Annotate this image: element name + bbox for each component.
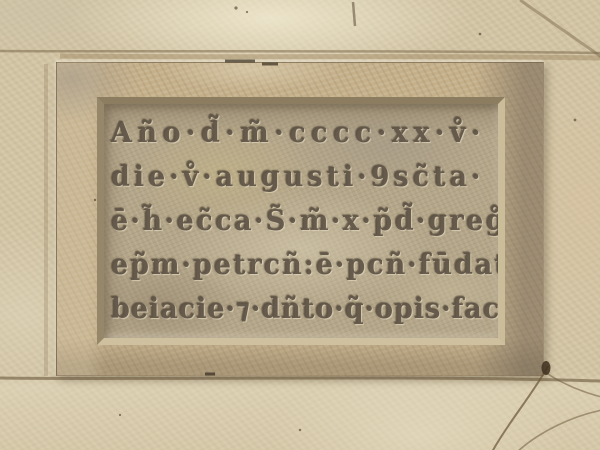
stone-wall-photo: Año·d̃·m̃·cccc·xx·v̊· die·v̊·augusti·9sc…	[0, 0, 600, 450]
inscription-panel: Año·d̃·m̃·cccc·xx·v̊· die·v̊·augusti·9sc…	[104, 104, 498, 338]
inscription-line-4: ep̃m·petrcñ:ē·pcñ·fūdator	[111, 243, 498, 289]
inscription-line-5: beiacie·⁊·dñto·q̃·opis·facto	[111, 287, 498, 333]
crack-line-1	[492, 366, 548, 450]
inscription-line-2: die·v̊·augusti·9sc̃ta·	[111, 155, 498, 201]
crack-line-3	[517, 410, 600, 450]
inscription-line-1: Año·d̃·m̃·cccc·xx·v̊·	[111, 111, 498, 157]
crack-line-2	[545, 372, 600, 397]
mortar-joint-top-right	[520, 0, 600, 58]
plaque-molding-step: Año·d̃·m̃·cccc·xx·v̊· die·v̊·augusti·9sc…	[97, 97, 505, 345]
mortar-joint-top	[0, 51, 600, 53]
inscription-plaque: Año·d̃·m̃·cccc·xx·v̊· die·v̊·augusti·9sc…	[56, 62, 544, 376]
inscription-line-3: ē·h̃·ec̃ca·S̃·m̃·x·p̃d̃·greg̊	[111, 199, 498, 245]
mortar-joint-bottom	[0, 378, 600, 381]
mortar-joint-vertical-dash	[353, 2, 355, 26]
mortar-joint-top-shadow	[60, 56, 600, 58]
